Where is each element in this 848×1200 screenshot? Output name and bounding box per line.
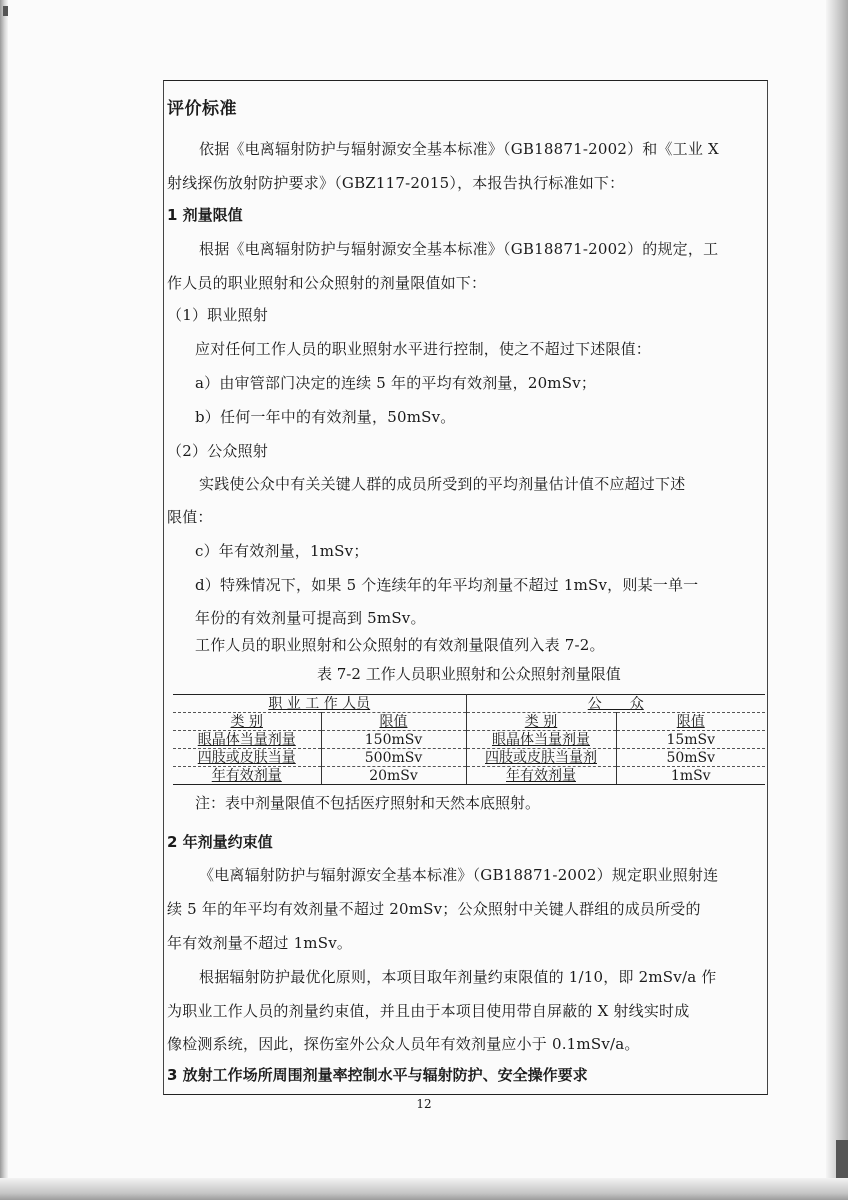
public-item-d-2: 年份的有效剂量可提高到 5mSv。 — [195, 611, 426, 626]
table-row: 年有效剂量 20mSv 年有效剂量 1mSv — [173, 767, 765, 785]
column-header: 类 别 — [466, 713, 616, 731]
public-text-2: 限值： — [167, 510, 213, 525]
table-cell: 四肢或皮肤当量剂 — [466, 749, 616, 767]
table-cell: 眼晶体当量剂量 — [173, 731, 321, 749]
table-cell: 年有效剂量 — [466, 767, 616, 785]
table-caption: 表 7-2 工作人员职业照射和公众照射剂量限值 — [317, 667, 621, 682]
table-cell: 500mSv — [321, 749, 466, 767]
table-row: 四肢或皮肤当量 500mSv 四肢或皮肤当量剂 50mSv — [173, 749, 765, 767]
table-cell: 20mSv — [321, 767, 466, 785]
section-2-para1-line1: 《电离辐射防护与辐射源安全基本标准》（GB18871-2002）规定职业照射连 — [199, 868, 718, 883]
page-title: 评价标准 — [167, 102, 237, 117]
section-1-heading: 1 剂量限值 — [167, 208, 243, 223]
intro-line-1: 依据《电离辐射防护与辐射源安全基本标准》（GB18871-2002）和《工业 X — [199, 142, 719, 157]
section-2-para1-line3: 年有效剂量不超过 1mSv。 — [167, 936, 352, 951]
section-2-para1-line2: 续 5 年的年平均有效剂量不超过 20mSv；公众照射中关键人群组的成员所受的 — [167, 902, 701, 917]
occupational-item-a: a）由审管部门决定的连续 5 年的平均有效剂量，20mSv； — [195, 376, 596, 391]
table-cell: 15mSv — [616, 731, 765, 749]
table-group-header-row: 职 业 工 作 人员 公 众 — [173, 695, 765, 713]
table-row: 眼晶体当量剂量 150mSv 眼晶体当量剂量 15mSv — [173, 731, 765, 749]
section-3-heading: 3 放射工作场所周围剂量率控制水平与辐射防护、安全操作要求 — [167, 1068, 588, 1083]
column-header: 类 别 — [173, 713, 321, 731]
table-cell: 眼晶体当量剂量 — [466, 731, 616, 749]
table-column-header-row: 类 别 限值 类 别 限值 — [173, 713, 765, 731]
table-cell: 150mSv — [321, 731, 466, 749]
intro-line-2: 射线探伤放射防护要求》（GBZ117-2015），本报告执行标准如下： — [167, 176, 624, 191]
occupational-heading: （1）职业照射 — [167, 308, 268, 323]
group-header-public: 公 众 — [466, 695, 765, 713]
section-2-para2-line2: 为职业工作人员的剂量约束值，并且由于本项目使用带自屏蔽的 X 射线实时成 — [167, 1004, 689, 1019]
table-cell: 50mSv — [616, 749, 765, 767]
group-header-occupational: 职 业 工 作 人员 — [173, 695, 466, 713]
page-number: 12 — [0, 1097, 848, 1111]
section-2-heading: 2 年剂量约束值 — [167, 835, 273, 850]
occupational-item-b: b）任何一年中的有效剂量，50mSv。 — [195, 410, 455, 425]
occupational-text: 应对任何工作人员的职业照射水平进行控制，使之不超过下述限值： — [195, 342, 651, 357]
scan-artifact — [3, 6, 8, 16]
public-heading: （2）公众照射 — [167, 444, 268, 459]
public-item-c: c）年有效剂量，1mSv； — [195, 544, 369, 559]
public-text-1: 实践使公众中有关关键人群的成员所受到的平均剂量估计值不应超过下述 — [199, 477, 685, 492]
table-reference: 工作人员的职业照射和公众照射的有效剂量限值列入表 7-2。 — [195, 638, 605, 653]
section-1-intro-2: 作人员的职业照射和公众照射的剂量限值如下： — [167, 276, 486, 291]
scan-edge-bottom — [0, 1178, 848, 1200]
dose-limit-table: 职 业 工 作 人员 公 众 类 别 限值 类 别 限值 眼晶体当量剂量 150… — [173, 694, 765, 785]
table-note: 注：表中剂量限值不包括医疗照射和天然本底照射。 — [195, 796, 540, 811]
table-cell: 四肢或皮肤当量 — [173, 749, 321, 767]
table-cell: 年有效剂量 — [173, 767, 321, 785]
section-1-intro-1: 根据《电离辐射防护与辐射源安全基本标准》（GB18871-2002）的规定，工 — [199, 242, 718, 257]
column-header: 限值 — [616, 713, 765, 731]
table-cell: 1mSv — [616, 767, 765, 785]
scan-edge-right — [826, 0, 848, 1200]
column-header: 限值 — [321, 713, 466, 731]
section-2-para2-line1: 根据辐射防护最优化原则，本项目取年剂量约束限值的 1/10，即 2mSv/a 作 — [199, 970, 717, 985]
public-item-d-1: d）特殊情况下，如果 5 个连续年的年平均剂量不超过 1mSv，则某一单一 — [195, 578, 698, 593]
section-2-para2-line3: 像检测系统，因此，探伤室外公众人员年有效剂量应小于 0.1mSv/a。 — [167, 1037, 640, 1052]
scan-edge-left — [0, 0, 8, 1200]
